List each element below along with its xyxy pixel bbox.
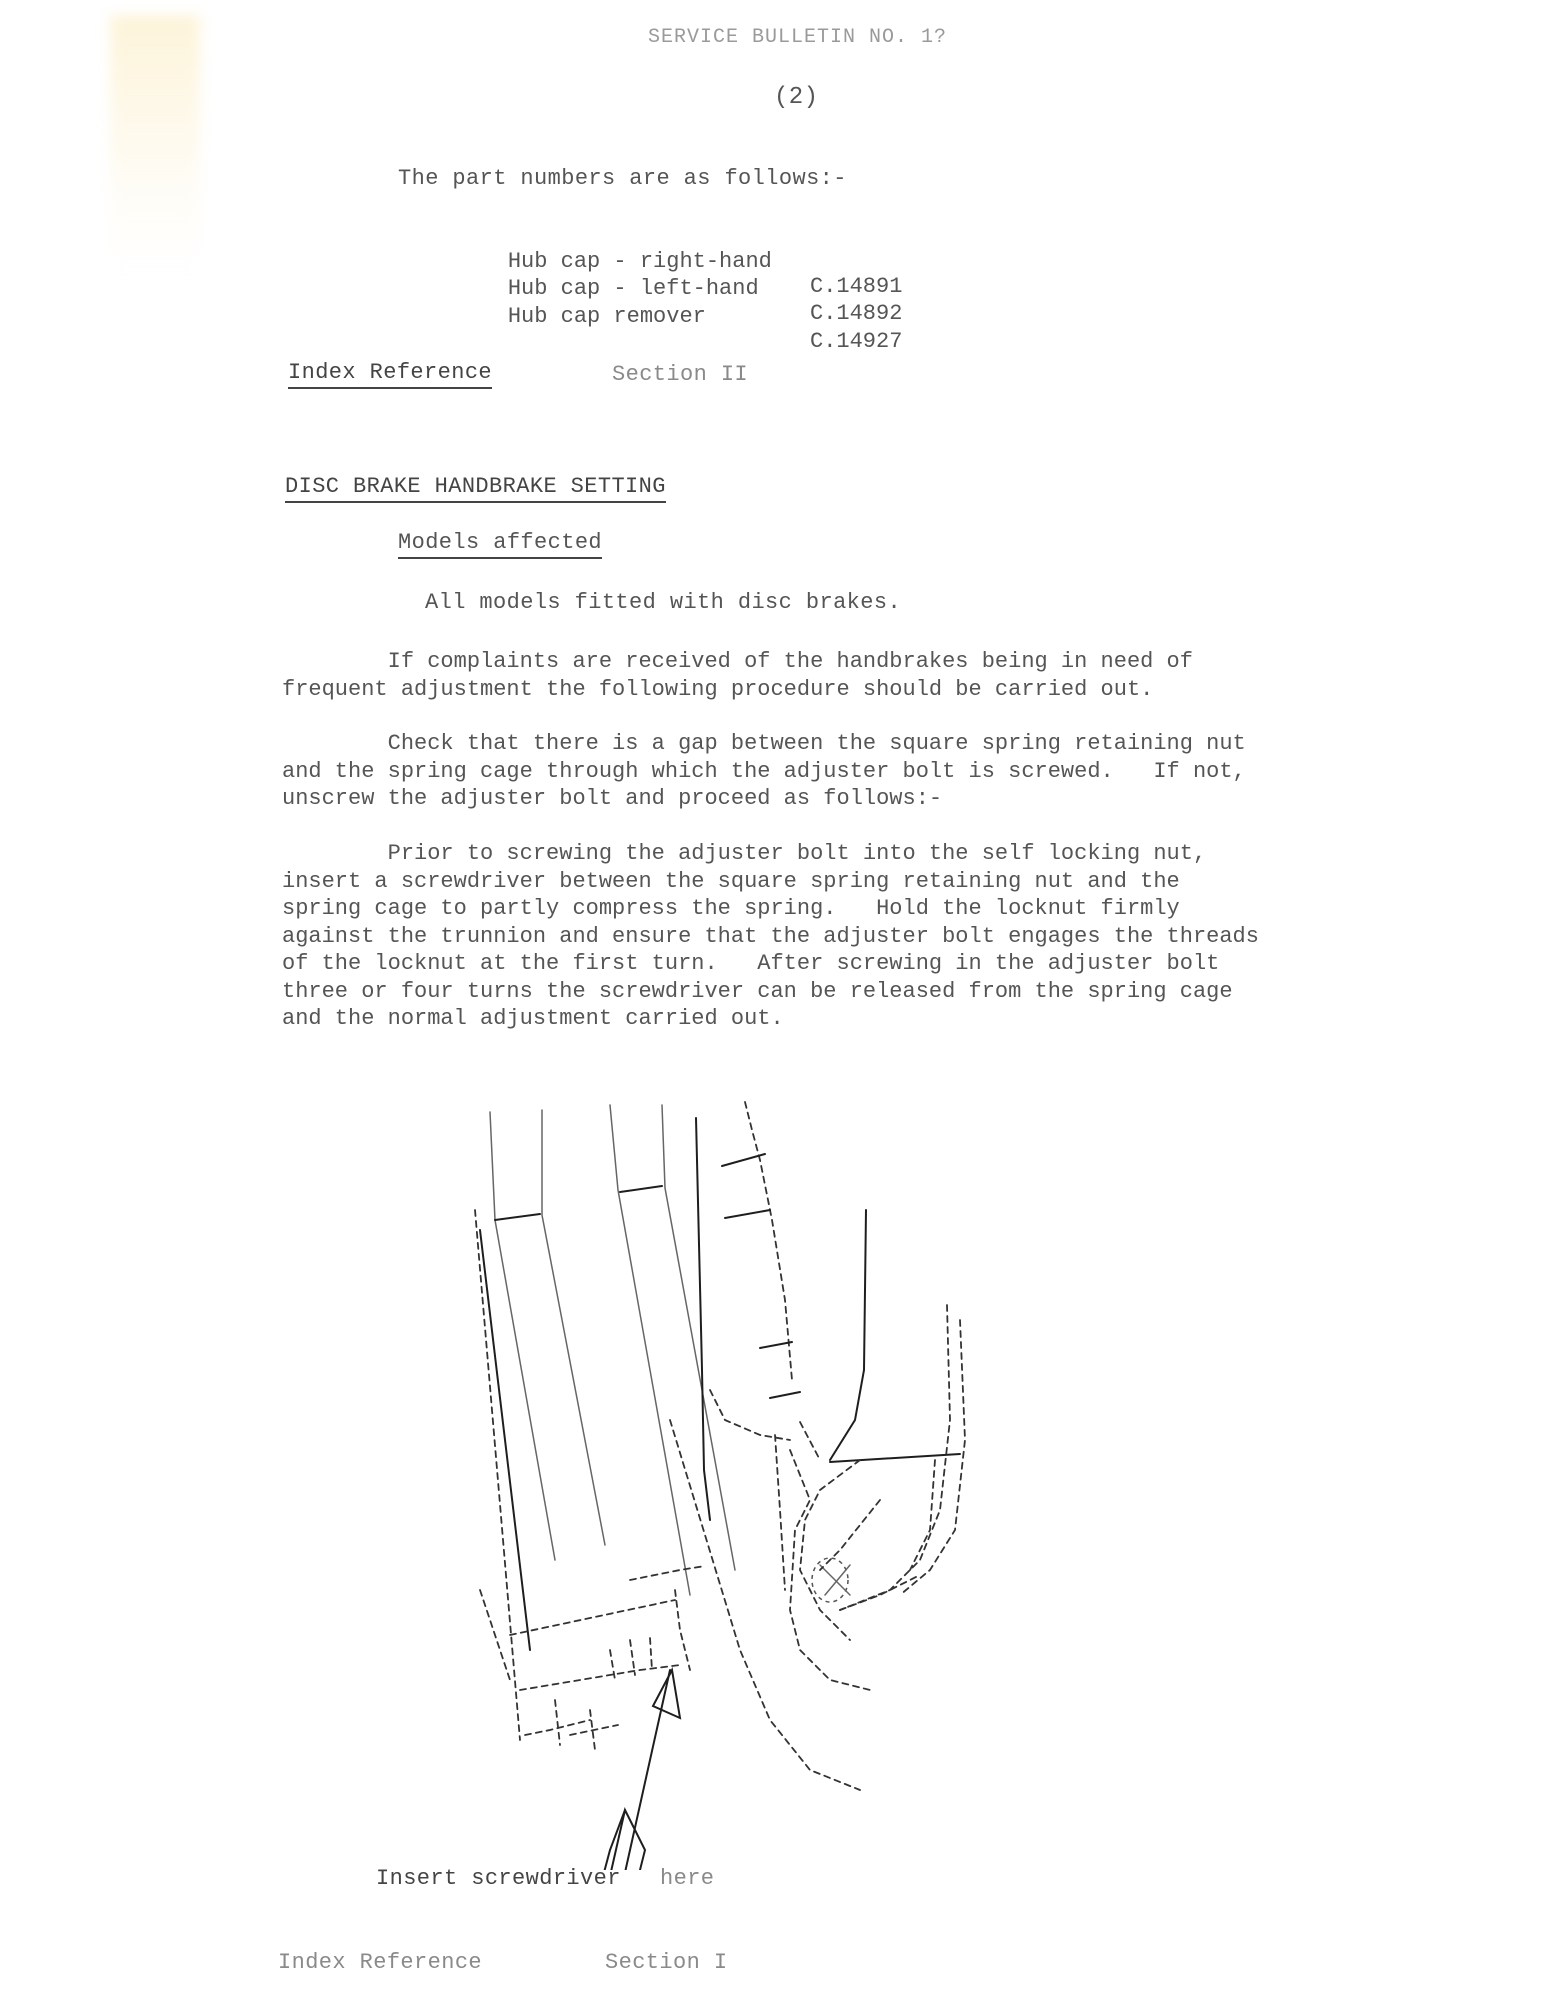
part-number: C.14927 (810, 329, 902, 354)
index-reference-section-bottom: Section I (605, 1950, 727, 1975)
index-reference-label-bottom: Index Reference (278, 1950, 482, 1975)
index-reference-label: Index Reference (288, 360, 492, 385)
part-number: C.14891 (810, 274, 902, 299)
handbrake-diagram (440, 1090, 1140, 1870)
paper-stain (110, 15, 200, 275)
bulletin-title: SERVICE BULLETIN NO. 1? (648, 26, 947, 49)
paragraph-check-gap: Check that there is a gap between the sq… (282, 730, 1332, 813)
paragraph-complaints: If complaints are received of the handbr… (282, 648, 1332, 703)
index-reference-section: Section II (612, 362, 748, 387)
caption-here: here (660, 1866, 714, 1891)
parts-intro: The part numbers are as follows:- (398, 166, 847, 191)
section-title: DISC BRAKE HANDBRAKE SETTING (285, 474, 666, 499)
page-number: (2) (774, 84, 818, 111)
part-description: Hub cap remover (508, 304, 706, 329)
models-text: All models fitted with disc brakes. (425, 590, 901, 615)
part-number: C.14892 (810, 301, 902, 326)
caption-insert-screwdriver: Insert screwdriver (376, 1866, 621, 1891)
models-heading: Models affected (398, 530, 602, 555)
paragraph-procedure: Prior to screwing the adjuster bolt into… (282, 840, 1332, 1033)
